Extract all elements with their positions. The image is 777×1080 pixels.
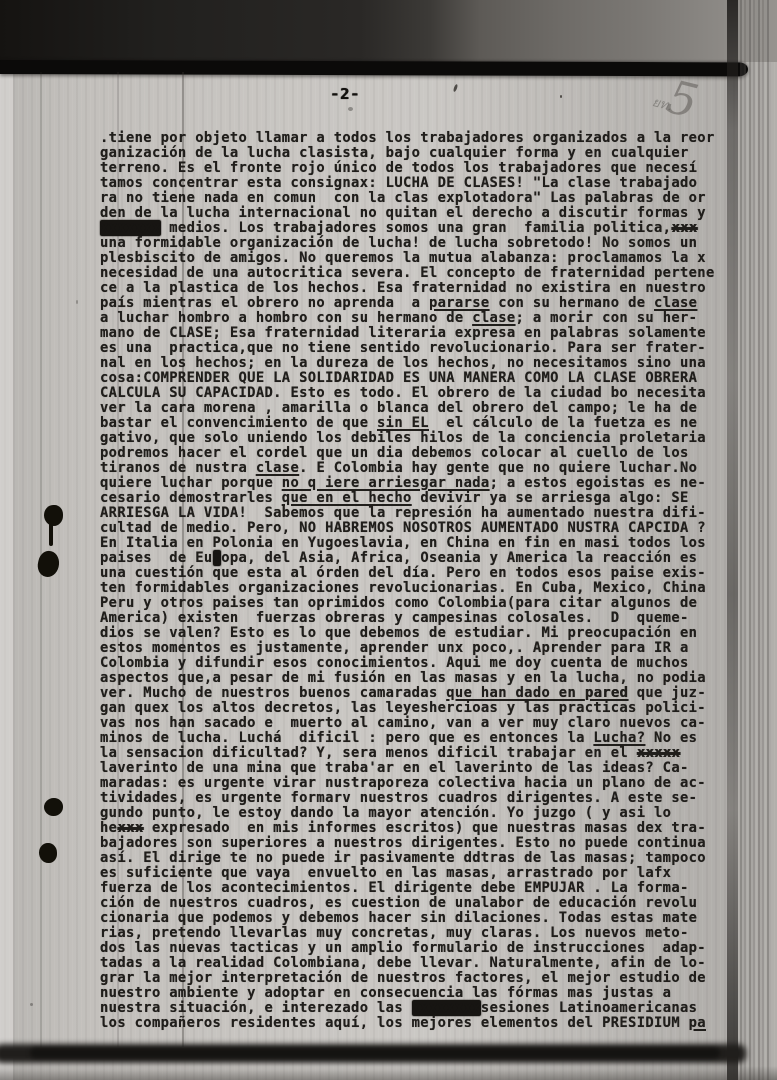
text-line: tamos concentrar esta consignax: LUCHA D… xyxy=(100,176,715,191)
text-line: una cuestión que esta al órden del día. … xyxy=(100,566,715,581)
text-line: gativo, que solo uniendo los debiles hil… xyxy=(100,431,715,446)
text-line: bastar el convencimiento de que sin EL e… xyxy=(100,416,715,431)
text-line: ra no tiene nada en comun con la clas ex… xyxy=(100,191,715,206)
text-line: laverinto de una mina que traba'ar en el… xyxy=(100,761,715,776)
text-line: den de la lucha internacional no quitan … xyxy=(100,206,715,221)
text-line: hexxx expresado en mis informes escritos… xyxy=(100,821,715,836)
text-line: nuestra situación, e interezado las xxxx… xyxy=(100,1001,715,1016)
text-line: a luchar hombro a hombro con su hermano … xyxy=(100,311,715,326)
text-line: terreno. Es el fronte rojo único de todo… xyxy=(100,161,715,176)
scan-bottom-shadow xyxy=(0,1066,777,1080)
text-line: En Italia en Polonia en Yugoeslavia, en … xyxy=(100,536,715,551)
text-line: gan quex los altos decretos, las leyeshe… xyxy=(100,701,715,716)
text-line: maradas: es urgente virar nustraporeza c… xyxy=(100,776,715,791)
text-line: tiranos de nustra clase. E Colombia hay … xyxy=(100,461,715,476)
text-line: Colombia y difundir esos conocimientos. … xyxy=(100,656,715,671)
ink-speck xyxy=(348,107,353,111)
text-line: los compañeros residentes aquí, los mejo… xyxy=(100,1016,715,1031)
text-line: dos las nuevas tacticas y un amplio form… xyxy=(100,941,715,956)
text-line: plesbiscito de amigos. No queremos la mu… xyxy=(100,251,715,266)
text-line: ver la cara morena , amarilla o blanca d… xyxy=(100,401,715,416)
ink-blot xyxy=(44,798,63,816)
text-line: cosa:COMPRENDER QUE LA SOLIDARIDAD ES UN… xyxy=(100,371,715,386)
ink-drip xyxy=(49,521,53,546)
text-line: estos momentos es justamente, aprender u… xyxy=(100,641,715,656)
text-line: America) existen fuerzas obreras y campe… xyxy=(100,611,715,626)
document-text: .tiene por objeto llamar a todos los tra… xyxy=(100,131,715,1031)
text-line: xxxxxxx medios. Los trabajadores somos u… xyxy=(100,221,715,236)
text-line: nal en los hechos; en la dureza de los h… xyxy=(100,356,715,371)
text-line: CALCULA SU CAPACIDAD. Esto es todo. El o… xyxy=(100,386,715,401)
text-line: ción de nuestros cuadros, es cuestion de… xyxy=(100,896,715,911)
ink-speck xyxy=(76,300,78,304)
scan-right-streaks xyxy=(740,0,769,1080)
page-number: -2- xyxy=(330,85,360,103)
text-line: quiere luchar porque no q iere arriesgar… xyxy=(100,476,715,491)
ink-speck xyxy=(560,95,562,98)
text-line: dios se valen? Esto es lo que debemos de… xyxy=(100,626,715,641)
text-line: minos de lucha. Luchá dificil : pero que… xyxy=(100,731,715,746)
text-line: así. El dirige te no puede ir pasivament… xyxy=(100,851,715,866)
text-line: es suficiente que vaya envuelto en las m… xyxy=(100,866,715,881)
text-line: es una practica,que no tiene sentido rev… xyxy=(100,341,715,356)
text-line: cesario demostrarles que en el hecho dev… xyxy=(100,491,715,506)
text-line: la sensacion dificultad? Y, sera menos d… xyxy=(100,746,715,761)
text-line: Peru y otros paises tan oprimidos como C… xyxy=(100,596,715,611)
text-line: paises de Eumopa, del Asia, Africa, Osea… xyxy=(100,551,715,566)
text-line: necesidad de una autocritica severa. El … xyxy=(100,266,715,281)
ink-speck xyxy=(620,140,622,142)
text-line: cultad de medio. Pero, NO HABREMOS NOSOT… xyxy=(100,521,715,536)
text-line: tividades, es urgente formarv nuestros c… xyxy=(100,791,715,806)
ink-speck xyxy=(453,84,459,93)
text-line: ARRIESGA LA VIDA! Sabemos que la represi… xyxy=(100,506,715,521)
ink-blot xyxy=(39,843,57,863)
text-line: ganización de la lucha clasista, bajo cu… xyxy=(100,146,715,161)
ink-blot xyxy=(44,505,63,526)
text-line: bajadores son superiores a nuestros diri… xyxy=(100,836,715,851)
text-line: ten formidables organizaciones revolucio… xyxy=(100,581,715,596)
text-line: podremos hacer el cordel que un dia debe… xyxy=(100,446,715,461)
scan-right-fold-line xyxy=(727,0,738,1080)
text-line: tadas a la realidad Colombiana, debe lle… xyxy=(100,956,715,971)
scanned-document-page: { "page": { "page_number": "-2-", "handw… xyxy=(0,0,777,1080)
text-line: mano de CLASE; Esa fraternidad literaria… xyxy=(100,326,715,341)
handwritten-page-note: 5 xyxy=(662,69,703,128)
scan-top-bar xyxy=(0,60,748,76)
text-line: ver. Mucho de nuestros buenos camaradas … xyxy=(100,686,715,701)
scan-top-shadow xyxy=(0,0,777,62)
scan-left-edge xyxy=(0,0,13,1080)
text-line: gundo punto, le estoy dando la mayor ate… xyxy=(100,806,715,821)
text-line: país mientras el obrero no aprenda a par… xyxy=(100,296,715,311)
text-line: cionaria que podemos y debemos hacer sin… xyxy=(100,911,715,926)
text-line: nuestro ambiente y adoptar en consecuenc… xyxy=(100,986,715,1001)
text-line: vas nos han sacado e muerto al camino, v… xyxy=(100,716,715,731)
text-line: fuerza de los acontecimientos. El dirige… xyxy=(100,881,715,896)
text-line: .tiene por objeto llamar a todos los tra… xyxy=(100,131,715,146)
text-line: ce a la plastica de los hechos. Esa frat… xyxy=(100,281,715,296)
text-line: aspectos que,a pesar de mi fusión en las… xyxy=(100,671,715,686)
text-line: una formidable organización de lucha! de… xyxy=(100,236,715,251)
text-line: rias, pretendo llevarlas muy concretas, … xyxy=(100,926,715,941)
text-line: grar la mejor interpretación de nuestros… xyxy=(100,971,715,986)
scan-bottom-bar-core xyxy=(30,1048,720,1058)
ink-speck xyxy=(30,1003,33,1006)
